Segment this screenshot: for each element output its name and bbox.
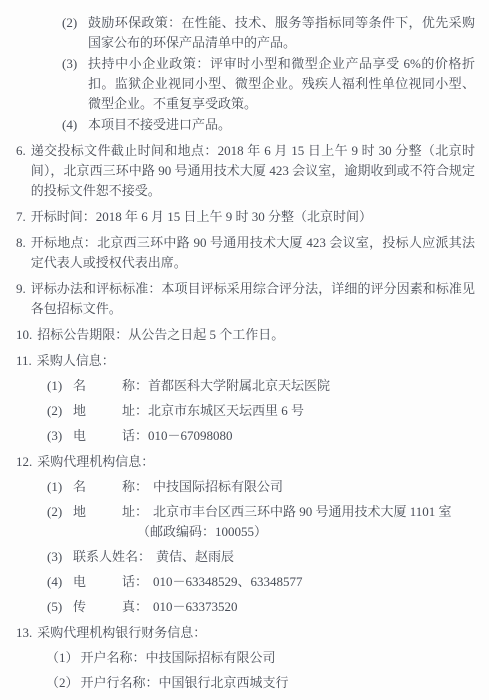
field-label: 名称 [73,376,135,396]
field-value: 黄佶、赵雨辰 [156,549,234,564]
field-marker: (3) [47,547,68,567]
field-colon: ： [138,549,151,564]
notice-item-number: 8. [16,233,26,273]
field-colon: ： [135,574,148,589]
field-value: 010－63348529、63348577 [153,574,303,589]
bank-field-row: （1） 开户名称：中技国际招标有限公司 [46,648,475,668]
field-colon: ： [135,428,148,443]
field-marker: (1) [47,376,68,396]
info-field-row: (1) 名称：中技国际招标有限公司 [47,477,475,497]
policy-item-text: 鼓励环保政策：在性能、技术、服务等指标同等条件下，优先采购国家公布的环保产品清单… [88,13,475,53]
field-colon: ： [135,403,148,418]
notice-item-text: 采购代理机构信息： [37,452,475,472]
field-label: 传真 [73,597,135,617]
field-colon: ： [135,599,148,614]
field-marker: （2） [46,673,79,693]
field-value: 首都医科大学附属北京天坛医院 [148,378,330,393]
info-field-row: (2) 地址：北京市东城区天坛西里 6 号 [47,401,475,421]
notice-item-number: 9. [16,279,26,319]
field-content: 地址：北京市东城区天坛西里 6 号 [73,401,475,421]
notice-item-text: 采购人信息： [37,351,475,371]
policy-item: (2) 鼓励环保政策：在性能、技术、服务等指标同等条件下，优先采购国家公布的环保… [62,13,475,53]
policy-item-text: 本项目不接受进口产品。 [88,115,475,135]
notice-item-text: 开标地点：北京西三环中路 90 号通用技术大厦 423 会议室，投标人应派其法定… [31,233,475,273]
notice-item-text: 开标时间：2018 年 6 月 15 日上午 9 时 30 分整（北京时间） [31,207,475,227]
policy-sublist: (2) 鼓励环保政策：在性能、技术、服务等指标同等条件下，优先采购国家公布的环保… [16,13,475,135]
notice-item-number: 12. [16,452,32,472]
policy-item-marker: (4) [62,115,88,135]
field-colon: ： [135,504,148,519]
policy-item-marker: (3) [62,54,88,114]
field-marker: (2) [47,401,68,421]
procurement-notice-page: (2) 鼓励环保政策：在性能、技术、服务等指标同等条件下，优先采购国家公布的环保… [0,0,489,700]
notice-item-text: 评标办法和评标标准：本项目评标采用综合评分法，详细的评分因素和标准见各包招标文件… [31,279,475,319]
field-content: 传真：010－63373520 [73,597,475,617]
field-label: 电话 [73,572,135,592]
notice-item-list: 6. 递交投标文件截止时间和地点：2018 年 6 月 15 日上午 9 时 3… [16,141,475,345]
notice-item-text: 采购代理机构银行财务信息： [37,623,475,643]
info-field-row: (1) 名称：首都医科大学附属北京天坛医院 [47,376,475,396]
field-marker: (1) [47,477,68,497]
field-label: 地址 [73,502,135,522]
field-value: 中技国际招标有限公司 [153,479,283,494]
notice-item-text: 招标公告期限：从公告之日起 5 个工作日。 [37,325,475,345]
notice-item-number: 10. [16,325,32,345]
field-colon: ： [135,378,148,393]
field-content: 地址：北京市丰台区西三环中路 90 号通用技术大厦 1101 室（邮政编码：10… [73,502,475,542]
field-content: 联系人姓名：黄佶、赵雨辰 [73,547,475,567]
notice-item-number: 13. [16,623,32,643]
notice-item-number: 7. [16,207,26,227]
policy-item: (3) 扶持中小企业政策：评审时小型和微型企业产品享受 6%的价格折扣。监狱企业… [62,54,475,114]
policy-item-text: 扶持中小企业政策：评审时小型和微型企业产品享受 6%的价格折扣。监狱企业视同小型… [88,54,475,114]
info-field-row: (4) 电话：010－63348529、63348577 [47,572,475,592]
section-heading: 12. 采购代理机构信息： [16,452,475,472]
notice-item: 8. 开标地点：北京西三环中路 90 号通用技术大厦 423 会议室，投标人应派… [16,233,475,273]
notice-item: 10. 招标公告期限：从公告之日起 5 个工作日。 [16,325,475,345]
field-content: 名称：中技国际招标有限公司 [73,477,475,497]
info-field-row: (3) 电话：010－67098080 [47,426,475,446]
section-heading: 11. 采购人信息： [16,351,475,371]
info-field-row: (3) 联系人姓名：黄佶、赵雨辰 [47,547,475,567]
field-marker: （1） [46,648,79,668]
field-marker: (5) [47,597,68,617]
policy-item-marker: (2) [62,13,88,53]
field-postal-code: （邮政编码：100055） [137,522,475,542]
notice-item-number: 6. [16,141,26,201]
field-content: 名称：首都医科大学附属北京天坛医院 [73,376,475,396]
notice-item: 7. 开标时间：2018 年 6 月 15 日上午 9 时 30 分整（北京时间… [16,207,475,227]
field-value: 010－63373520 [153,599,238,614]
notice-item: 9. 评标办法和评标标准：本项目评标采用综合评分法，详细的评分因素和标准见各包招… [16,279,475,319]
field-value: 北京市东城区天坛西里 6 号 [148,403,304,418]
field-label: 地址 [73,401,135,421]
notice-item: 6. 递交投标文件截止时间和地点：2018 年 6 月 15 日上午 9 时 3… [16,141,475,201]
field-value: 北京市丰台区西三环中路 90 号通用技术大厦 1101 室 [153,504,452,519]
field-marker: (4) [47,572,68,592]
field-label: 电话 [73,426,135,446]
info-field-row: (5) 传真：010－63373520 [47,597,475,617]
field-text: 开户行名称：中国银行北京西城支行 [81,673,475,693]
info-field-row: (2) 地址：北京市丰台区西三环中路 90 号通用技术大厦 1101 室（邮政编… [47,502,475,542]
policy-item: (4) 本项目不接受进口产品。 [62,115,475,135]
agency-info-section: 12. 采购代理机构信息： (1) 名称：中技国际招标有限公司 (2) 地址：北… [16,452,475,617]
field-label: 名称 [73,477,135,497]
field-text: 开户名称：中技国际招标有限公司 [81,648,475,668]
field-label: 联系人姓名 [73,547,138,567]
bank-field-row: （2） 开户行名称：中国银行北京西城支行 [46,673,475,693]
bank-info-section: 13. 采购代理机构银行财务信息： （1） 开户名称：中技国际招标有限公司 （2… [16,623,475,693]
field-marker: (3) [47,426,68,446]
field-colon: ： [135,479,148,494]
field-content: 电话：010－63348529、63348577 [73,572,475,592]
purchaser-info-section: 11. 采购人信息： (1) 名称：首都医科大学附属北京天坛医院 (2) 地址：… [16,351,475,446]
field-marker: (2) [47,502,68,542]
notice-item-text: 递交投标文件截止时间和地点：2018 年 6 月 15 日上午 9 时 30 分… [31,141,475,201]
field-value: 010－67098080 [148,428,233,443]
field-content: 电话：010－67098080 [73,426,475,446]
notice-item-number: 11. [16,351,32,371]
section-heading: 13. 采购代理机构银行财务信息： [16,623,475,643]
